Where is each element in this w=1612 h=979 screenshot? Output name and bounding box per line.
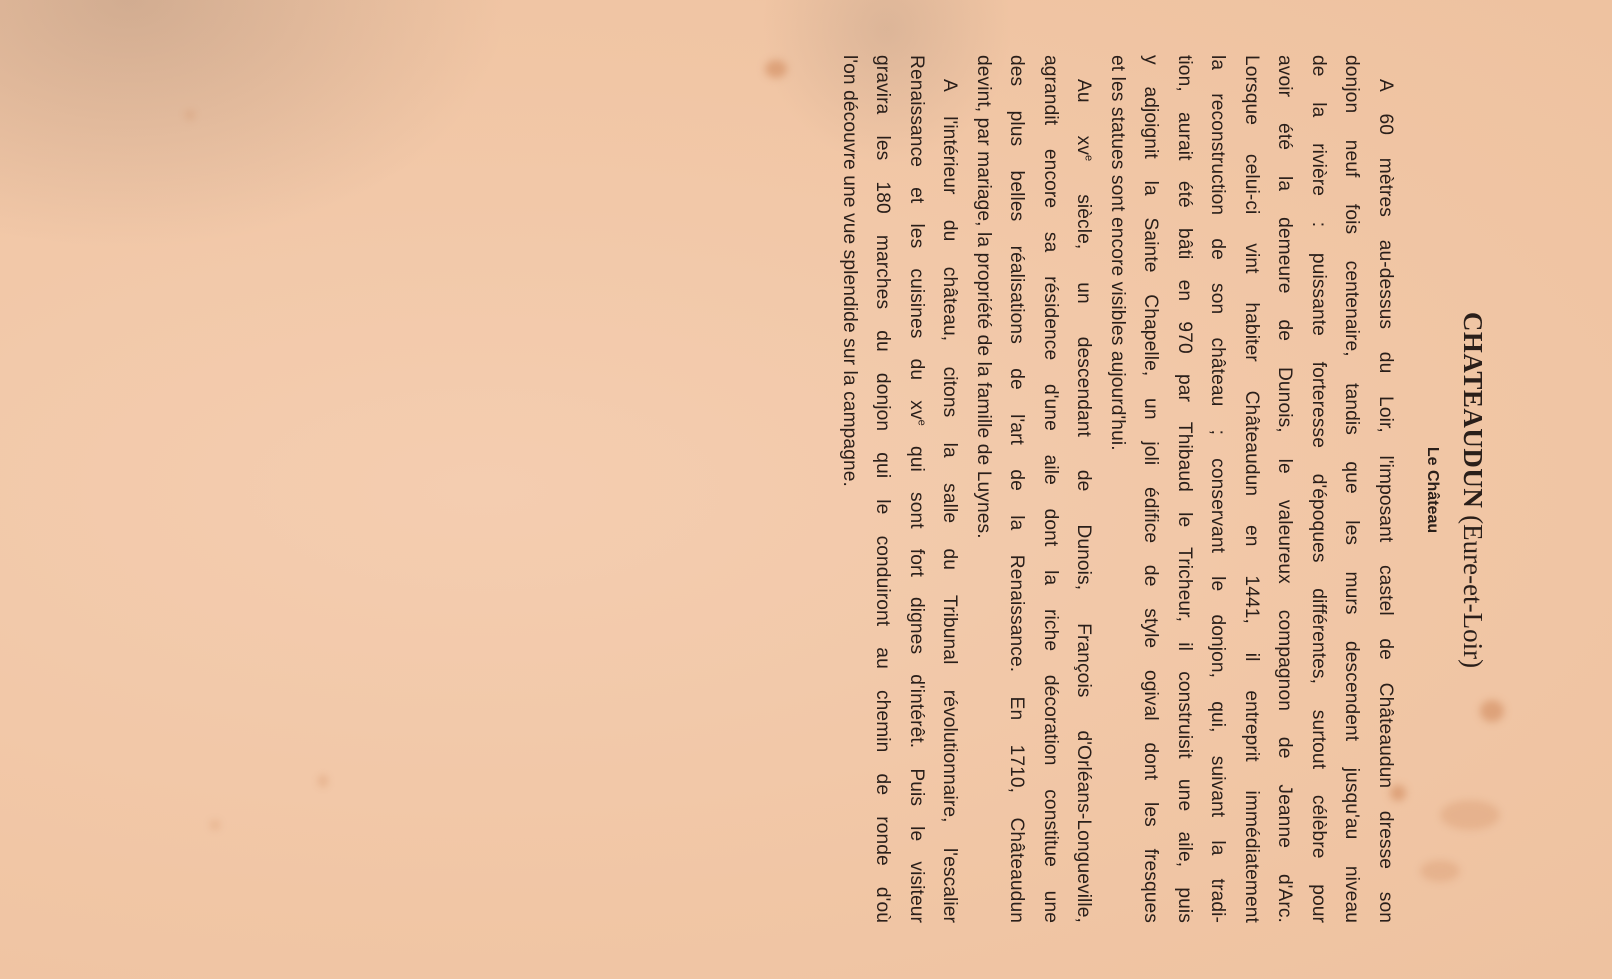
text-line: gravira les 180 marches du donjon qui le… (866, 55, 900, 923)
title-main: CHATEAUDUN (1458, 312, 1488, 509)
text-line: A 60 mètres au-dessus du Loir, l'imposan… (1369, 55, 1403, 923)
text-line: donjon neuf fois centenaire, tandis que … (1335, 55, 1369, 923)
text-line: tion, aurait été bâti en 970 par Thibaud… (1168, 55, 1202, 923)
text-line: y adjoignit la Sainte Chapelle, un joli … (1134, 55, 1168, 923)
paragraph-1: A 60 mètres au-dessus du Loir, l'imposan… (1101, 55, 1403, 923)
body-text: A 60 mètres au-dessus du Loir, l'imposan… (833, 55, 1403, 923)
paragraph-3: A l'intérieur du château, citons la sall… (833, 55, 967, 923)
text-line: Lorsque celui-ci vint habiter Châteaudun… (1235, 55, 1269, 923)
text-line: Au xve siècle, un descendant de Dunois, … (1067, 55, 1101, 923)
foxing-stain (318, 775, 328, 787)
page-subtitle: Le Château (1422, 55, 1442, 925)
paragraph-2: Au xve siècle, un descendant de Dunois, … (967, 55, 1101, 923)
text-line: l'on découvre une vue splendide sur la c… (833, 55, 867, 923)
foxing-stain (210, 820, 220, 830)
text-line: Renaissance et les cuisines du xve qui s… (900, 55, 934, 923)
text-line: avoir été la demeure de Dunois, le valeu… (1268, 55, 1302, 923)
text-line: de la rivière : puissante forteresse d'é… (1302, 55, 1336, 923)
text-line: la reconstruction de son château ; conse… (1201, 55, 1235, 923)
foxing-stain (765, 60, 787, 78)
text-line: devint, par mariage, la propriété de la … (967, 55, 1001, 923)
text-line: et les statues sont encore visibles aujo… (1101, 55, 1135, 923)
title-region: (Eure-et-Loir) (1458, 515, 1488, 668)
foxing-stain (185, 110, 195, 120)
page-title: CHATEAUDUN (Eure-et-Loir) (1456, 55, 1490, 925)
text-line: A l'intérieur du château, citons la sall… (933, 55, 967, 923)
text-line: des plus belles réalisations de l'art de… (1000, 55, 1034, 923)
text-line: agrandit encore sa résidence d'une aile … (1034, 55, 1068, 923)
